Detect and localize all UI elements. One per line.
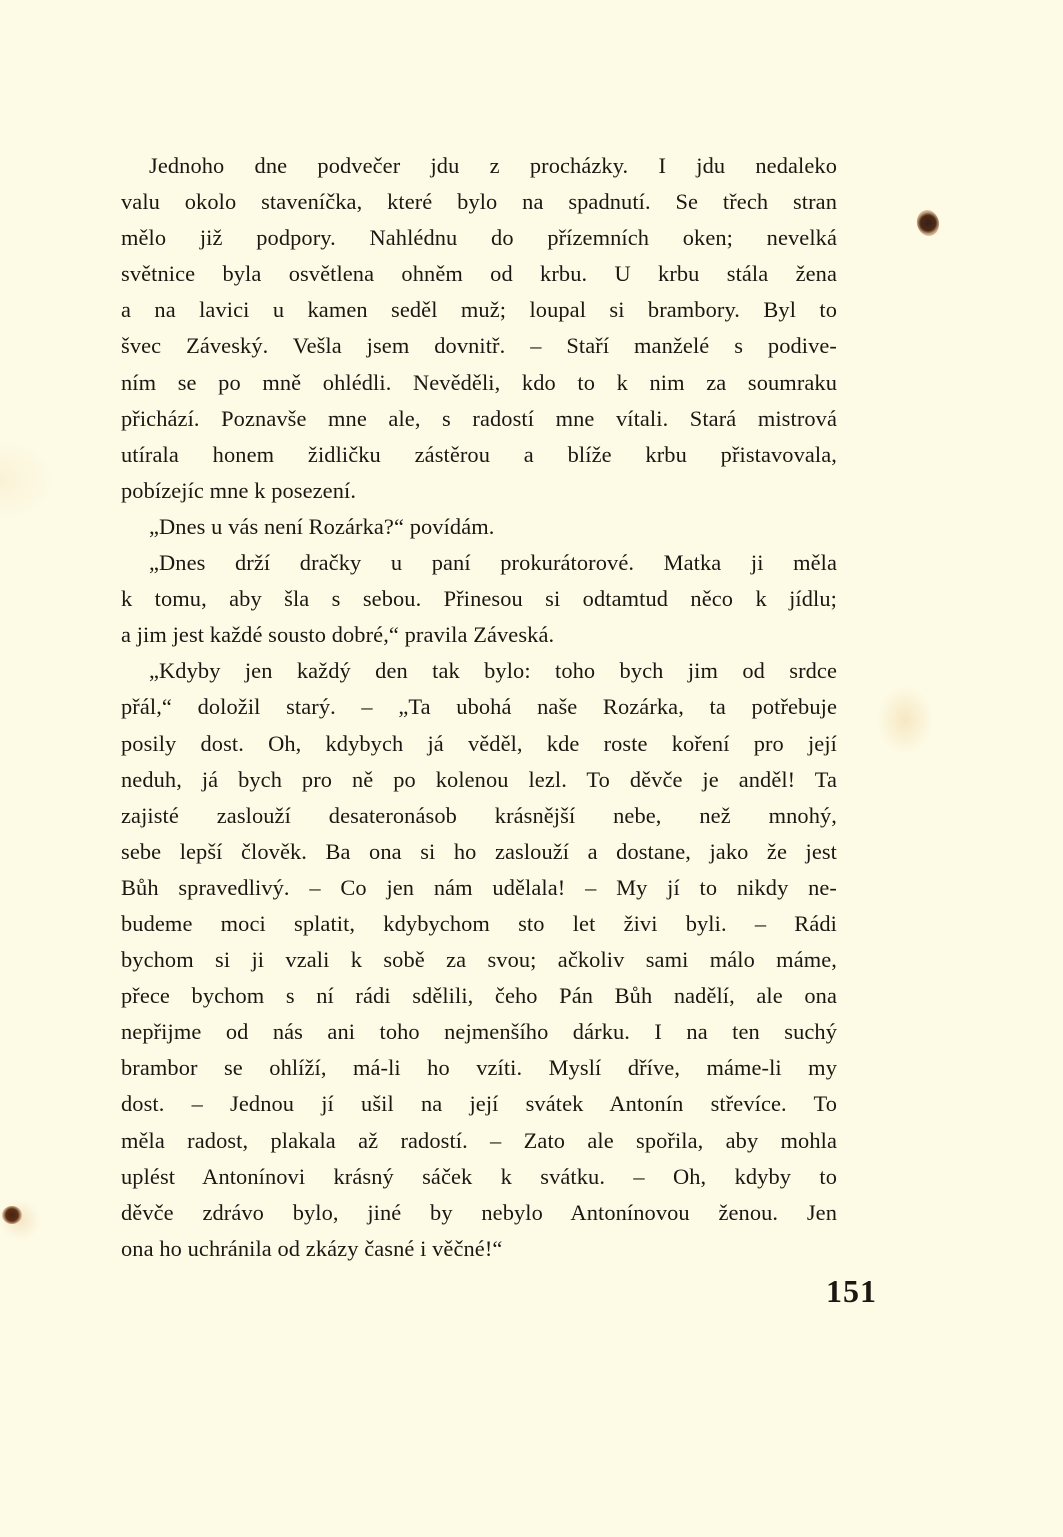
text-line: ona ho uchránila od zkázy časné i věčné!…: [121, 1231, 837, 1267]
text-line: „Dnes drží dračky u paní prokurátorové. …: [121, 545, 837, 581]
text-line: brambor se ohlíží, má-li ho vzíti. Myslí…: [121, 1050, 837, 1086]
text-line: Jednoho dne podvečer jdu z procházky. I …: [121, 148, 837, 184]
text-line: sebe lepší člověk. Ba ona si ho zaslouží…: [121, 834, 837, 870]
text-line: pobízejíc mne k posezení.: [121, 473, 837, 509]
book-page: Jednoho dne podvečer jdu z procházky. I …: [0, 0, 1063, 1537]
text-line: měla radost, plakala až radostí. – Zato …: [121, 1123, 837, 1159]
text-line: ním se po mně ohlédli. Nevěděli, kdo to …: [121, 365, 837, 401]
text-line: přece bychom s ní rádi sdělili, čeho Pán…: [121, 978, 837, 1014]
text-line: valu okolo staveníčka, které bylo na spa…: [121, 184, 837, 220]
text-line: mělo již podpory. Nahlédnu do přízemních…: [121, 220, 837, 256]
text-line: přichází. Poznavše mne ale, s radostí mn…: [121, 401, 837, 437]
text-line: a jim jest každé sousto dobré,“ pravila …: [121, 617, 837, 653]
text-line: děvče zdrávo bylo, jiné by nebylo Antoní…: [121, 1195, 837, 1231]
ink-stain-mark: [914, 208, 942, 239]
text-line: posily dost. Oh, kdybych já věděl, kde r…: [121, 726, 837, 762]
text-line: „Dnes u vás není Rozárka?“ povídám.: [121, 509, 837, 545]
body-text: Jednoho dne podvečer jdu z procházky. I …: [121, 148, 837, 1267]
text-line: dost. – Jednou jí ušil na její svátek An…: [121, 1086, 837, 1122]
text-line: Bůh spravedlivý. – Co jen nám udělala! –…: [121, 870, 837, 906]
text-line: utírala honem židličku zástěrou a blíže …: [121, 437, 837, 473]
page-number: 151: [826, 1273, 877, 1310]
text-line: světnice byla osvětlena ohněm od krbu. U…: [121, 256, 837, 292]
text-line: „Kdyby jen každý den tak bylo: toho bych…: [121, 653, 837, 689]
text-line: bychom si ji vzali k sobě za svou; ačkol…: [121, 942, 837, 978]
text-line: nepřijme od nás ani toho nejmenšího dárk…: [121, 1014, 837, 1050]
text-line: neduh, já bych pro ně po kolenou lezl. T…: [121, 762, 837, 798]
text-line: zajisté zaslouží desateronásob krásnější…: [121, 798, 837, 834]
text-line: a na lavici u kamen seděl muž; loupal si…: [121, 292, 837, 328]
text-line: k tomu, aby šla s sebou. Přinesou si odt…: [121, 581, 837, 617]
text-line: budeme moci splatit, kdybychom sto let ž…: [121, 906, 837, 942]
ink-stain-mark: [2, 1206, 22, 1224]
text-line: přál,“ doložil starý. – „Ta ubohá naše R…: [121, 689, 837, 725]
text-line: uplést Antonínovi krásný sáček k svátku.…: [121, 1159, 837, 1195]
text-line: švec Záveský. Vešla jsem dovnitř. – Stař…: [121, 328, 837, 364]
